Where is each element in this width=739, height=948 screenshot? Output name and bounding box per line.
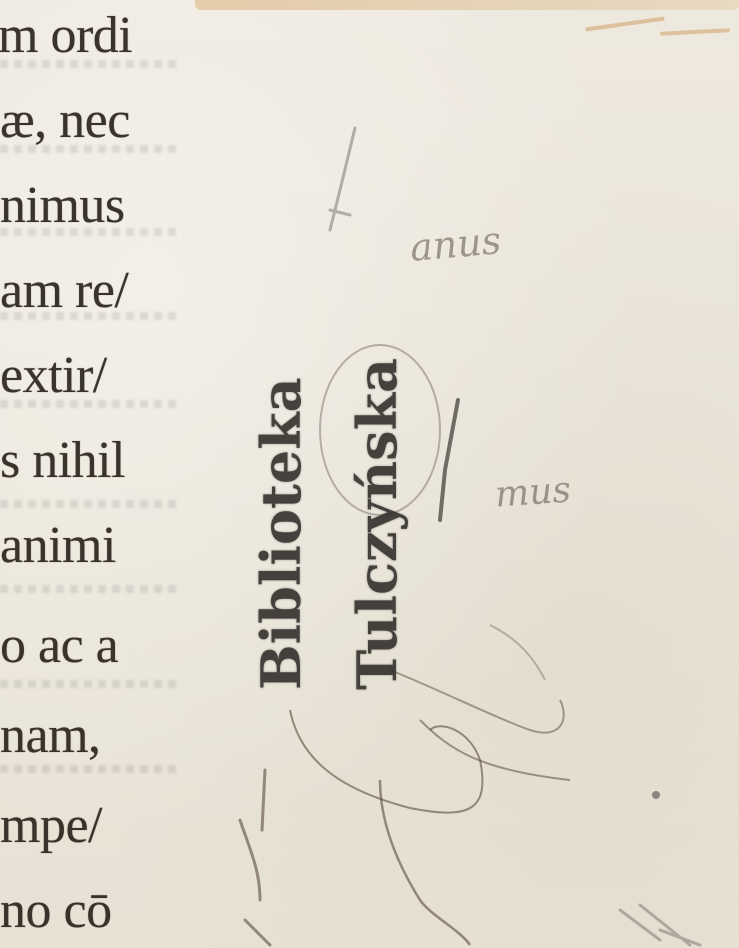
document-page: m ordi æ, nec nimus am re/ extir/ s nihi…	[0, 0, 739, 948]
library-stamp-line1: Biblioteka	[254, 377, 308, 690]
handwritten-note: anus	[408, 218, 503, 270]
handwritten-note: mus	[494, 469, 572, 515]
library-stamp-line2: Tulczyńska	[350, 358, 404, 690]
